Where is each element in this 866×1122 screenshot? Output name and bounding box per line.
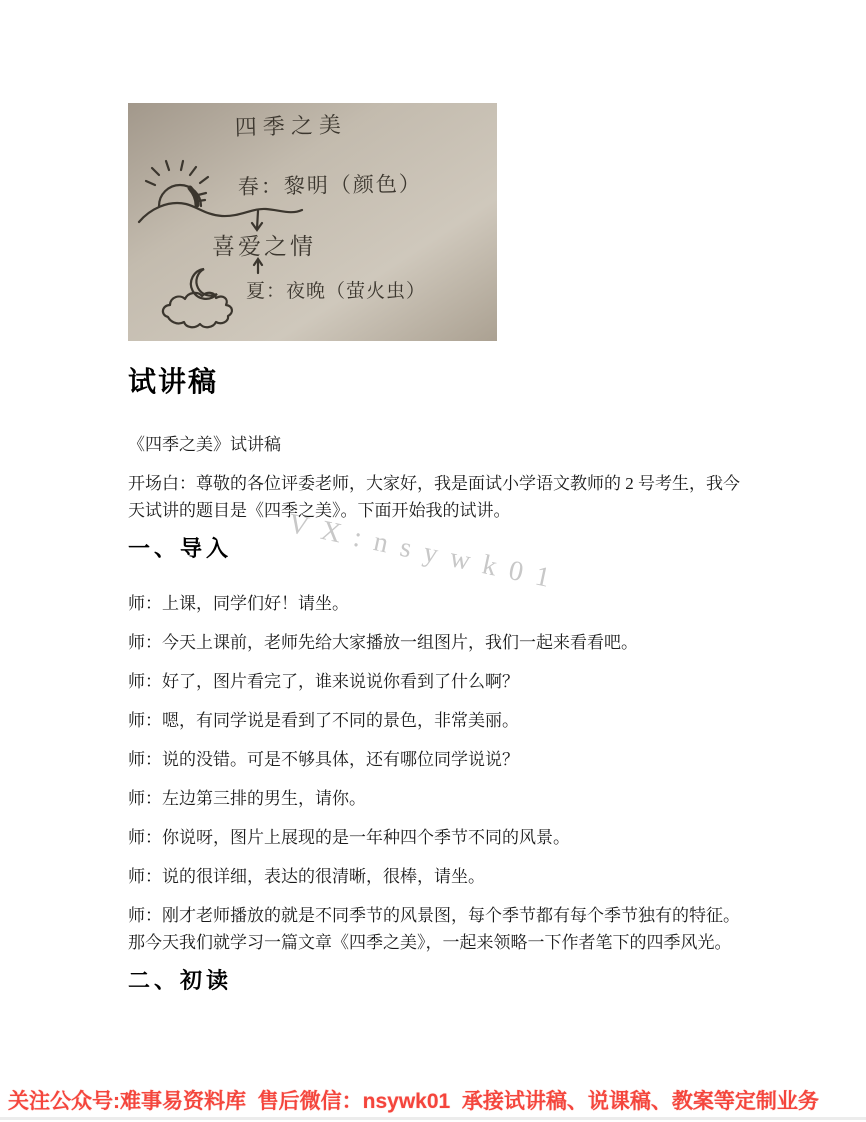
script-paragraph: 师：左边第三排的男生，请你。 xyxy=(128,785,740,812)
footer-banner: 关注公众号:难事易资料库 售后微信：nsywk01 承接试讲稿、说课稿、教案等定… xyxy=(8,1089,866,1114)
section-heading-intro: 一、导入 xyxy=(128,536,740,562)
page-title: 试讲稿 xyxy=(128,368,740,396)
script-paragraph: 师：上课，同学们好！请坐。 xyxy=(128,590,740,617)
script-paragraph: 师：好了，图片看完了，谁来说说你看到了什么啊？ xyxy=(128,668,740,695)
doc-subtitle: 《四季之美》试讲稿 xyxy=(128,431,740,458)
photo-emotion-text: 喜爱之情 xyxy=(212,234,316,260)
script-paragraph: 师：嗯，有同学说是看到了不同的景色，非常美丽。 xyxy=(128,707,740,734)
page-bottom-edge xyxy=(0,1117,866,1120)
photo-summer-text: 夏：夜晚（萤火虫） xyxy=(246,280,426,302)
board-design-photo: 四季之美 春：黎明（颜色） 喜爱之情 xyxy=(128,103,497,341)
script-paragraph: 师：刚才老师播放的就是不同季节的风景图，每个季节都有每个季节独有的特征。那今天我… xyxy=(128,902,740,956)
section-heading-first-read: 二、初读 xyxy=(128,968,740,994)
photo-spring-text: 春：黎明（颜色） xyxy=(238,172,422,199)
script-paragraph: 师：说的没错。可是不够具体，还有哪位同学说说？ xyxy=(128,746,740,773)
script-paragraph: 师：说的很详细，表达的很清晰，很棒，请坐。 xyxy=(128,863,740,890)
photo-title-text: 四季之美 xyxy=(235,113,348,141)
script-paragraph: 师：今天上课前，老师先给大家播放一组图片，我们一起来看看吧。 xyxy=(128,629,740,656)
opening-paragraph: 开场白：尊敬的各位评委老师，大家好，我是面试小学语文教师的 2 号考生，我今天试… xyxy=(128,470,740,524)
document-page: 四季之美 春：黎明（颜色） 喜爱之情 xyxy=(0,0,866,994)
script-paragraph: 师：你说呀，图片上展现的是一年种四个季节不同的风景。 xyxy=(128,824,740,851)
board-design-drawing: 四季之美 春：黎明（颜色） 喜爱之情 xyxy=(128,103,497,341)
